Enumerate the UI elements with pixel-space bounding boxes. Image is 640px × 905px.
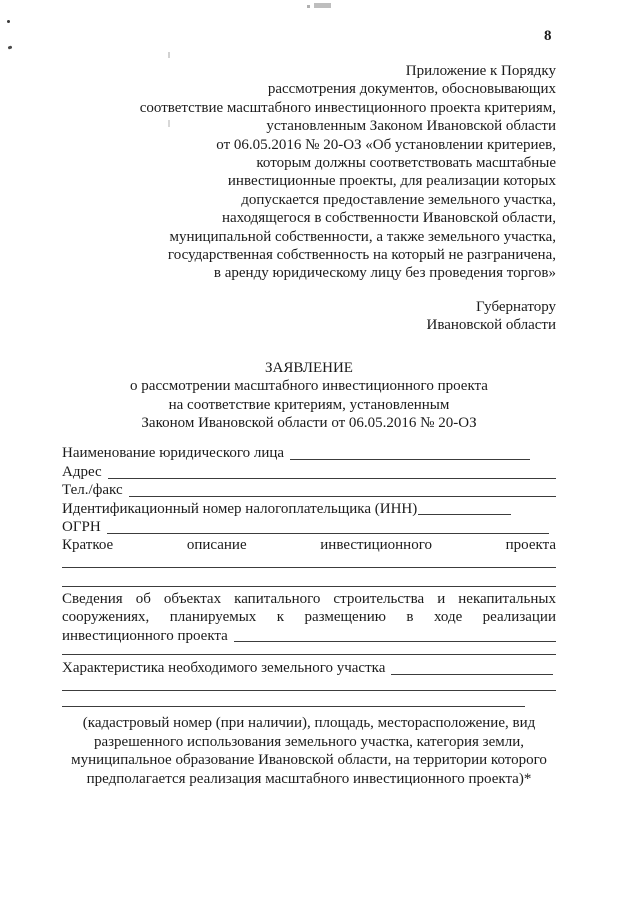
field-row-land-plot: Характеристика необходимого земельного у… [62,659,556,677]
appendix-line: в аренду юридическому лицу без проведени… [62,264,556,282]
application-title: ЗАЯВЛЕНИЕ [62,359,556,377]
application-subtitle-line: Законом Ивановской области от 06.05.2016… [62,414,556,432]
appendix-line: государственная собственность на который… [62,246,556,264]
footnote-line: (кадастровый номер (при наличии), площад… [62,714,556,732]
write-in-line [62,555,556,568]
footnote-line: предполагается реализация масштабного ин… [62,770,556,788]
construction-info-tail-row: инвестиционного проекта [62,627,556,645]
construction-info-line: сооружениях, планируемых к размещению в … [62,608,556,626]
field-row-inn: Идентификационный номер налогоплательщик… [62,500,556,518]
appendix-line: соответствие масштабного инвестиционного… [62,99,556,117]
addressee-block: Губернатору Ивановской области [62,298,556,335]
addressee-line: Ивановской области [62,316,556,334]
field-label: Характеристика необходимого земельного у… [62,659,385,677]
construction-info-line: Сведения об объектах капитального строит… [62,590,556,608]
scan-artifact-smudge [314,3,331,8]
write-in-line [62,568,556,587]
field-label: ОГРН [62,518,101,536]
appendix-line: от 06.05.2016 № 20-ОЗ «Об установлении к… [62,136,556,154]
document-content: Приложение к Порядку рассмотрения докуме… [62,62,556,788]
construction-info-tail: инвестиционного проекта [62,627,228,645]
write-in-line [62,645,556,655]
addressee-line: Губернатору [62,298,556,316]
field-underline-inn [418,500,511,516]
page-number: 8 [544,27,552,45]
application-subtitle-line: на соответствие критериям, установленным [62,396,556,414]
field-underline-land-plot [391,659,553,675]
application-form: Наименование юридического лица Адрес Тел… [62,444,556,788]
field-row-ogrn: ОГРН [62,518,556,536]
scan-artifact-speck [168,52,170,58]
appendix-line: Приложение к Порядку [62,62,556,80]
appendix-line: муниципальной собственности, а также зем… [62,228,556,246]
appendix-line: установленным Законом Ивановской области [62,117,556,135]
field-row-phone-fax: Тел./факс [62,481,556,499]
field-label: Адрес [62,463,102,481]
scan-artifact-smudge [307,5,310,8]
appendix-line: рассмотрения документов, обосновывающих [62,80,556,98]
application-title-block: ЗАЯВЛЕНИЕ о рассмотрении масштабного инв… [62,359,556,433]
field-label: Наименование юридического лица [62,444,284,462]
field-underline-ogrn [107,518,549,534]
field-row-address: Адрес [62,463,556,481]
field-underline-phone-fax [129,481,556,497]
field-label: Тел./факс [62,481,123,499]
write-in-line [62,677,556,691]
field-underline-legal-entity-name [290,444,530,460]
appendix-line: инвестиционные проекты, для реализации к… [62,172,556,190]
appendix-line: находящегося в собственности Ивановской … [62,209,556,227]
field-label: Идентификационный номер налогоплательщик… [62,500,417,518]
footnote-line: разрешенного использования земельного уч… [62,733,556,751]
field-row-legal-entity-name: Наименование юридического лица [62,444,556,462]
appendix-line: которым должны соответствовать масштабны… [62,154,556,172]
land-plot-footnote: (кадастровый номер (при наличии), площад… [62,714,556,788]
document-page: 8 Приложение к Порядку рассмотрения доку… [0,0,640,905]
scan-artifact-dot [8,45,13,49]
field-underline-address [108,463,556,479]
appendix-header: Приложение к Порядку рассмотрения докуме… [62,62,556,283]
application-subtitle-line: о рассмотрении масштабного инвестиционно… [62,377,556,395]
write-in-line [62,691,525,707]
appendix-line: допускается предоставление земельного уч… [62,191,556,209]
scan-artifact-dot [7,20,10,23]
construction-info-paragraph: Сведения об объектах капитального строит… [62,590,556,645]
field-underline-construction-info [234,627,556,643]
footnote-line: муниципальное образование Ивановской обл… [62,751,556,769]
brief-description-label: Краткое описание инвестиционного проекта [62,536,556,554]
